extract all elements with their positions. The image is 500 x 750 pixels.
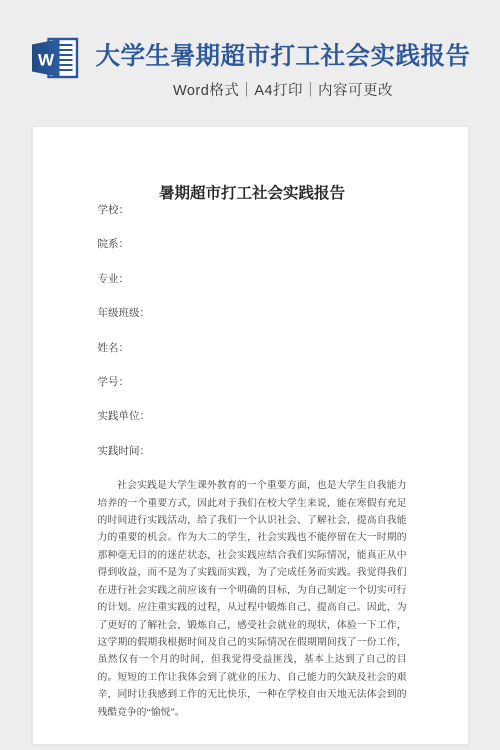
word-logo-icon: W [30,36,80,80]
document-fields: 学校： 院系： 专业： 年级班级： 姓名： 学号： 实践单位： 实践时间： [98,194,407,469]
field-grade-class: 年级班级： [98,297,407,331]
field-major: 专业： [98,263,407,297]
field-practice-unit: 实践单位： [98,400,407,434]
header: W 大学生暑期超市打工社会实践报告 Word格式｜A4打印｜内容可更改 [0,0,500,100]
document-page: 暑期超市打工社会实践报告 学校： 院系： 专业： 年级班级： 姓名： 学号： 实… [32,126,469,745]
field-student-id: 学号： [98,366,407,400]
page-subtitle: Word格式｜A4打印｜内容可更改 [96,79,471,100]
field-practice-time: 实践时间： [98,435,407,469]
word-icon-letter: W [37,51,54,70]
field-name: 姓名： [98,332,407,366]
header-text: 大学生暑期超市打工社会实践报告 Word格式｜A4打印｜内容可更改 [96,42,471,100]
page-title: 大学生暑期超市打工社会实践报告 [96,42,471,72]
field-department: 院系： [98,228,407,262]
document-body-paragraph: 社会实践是大学生课外教育的一个重要方面，也是大学生自我能力培养的一个重要方式，因… [98,477,407,721]
